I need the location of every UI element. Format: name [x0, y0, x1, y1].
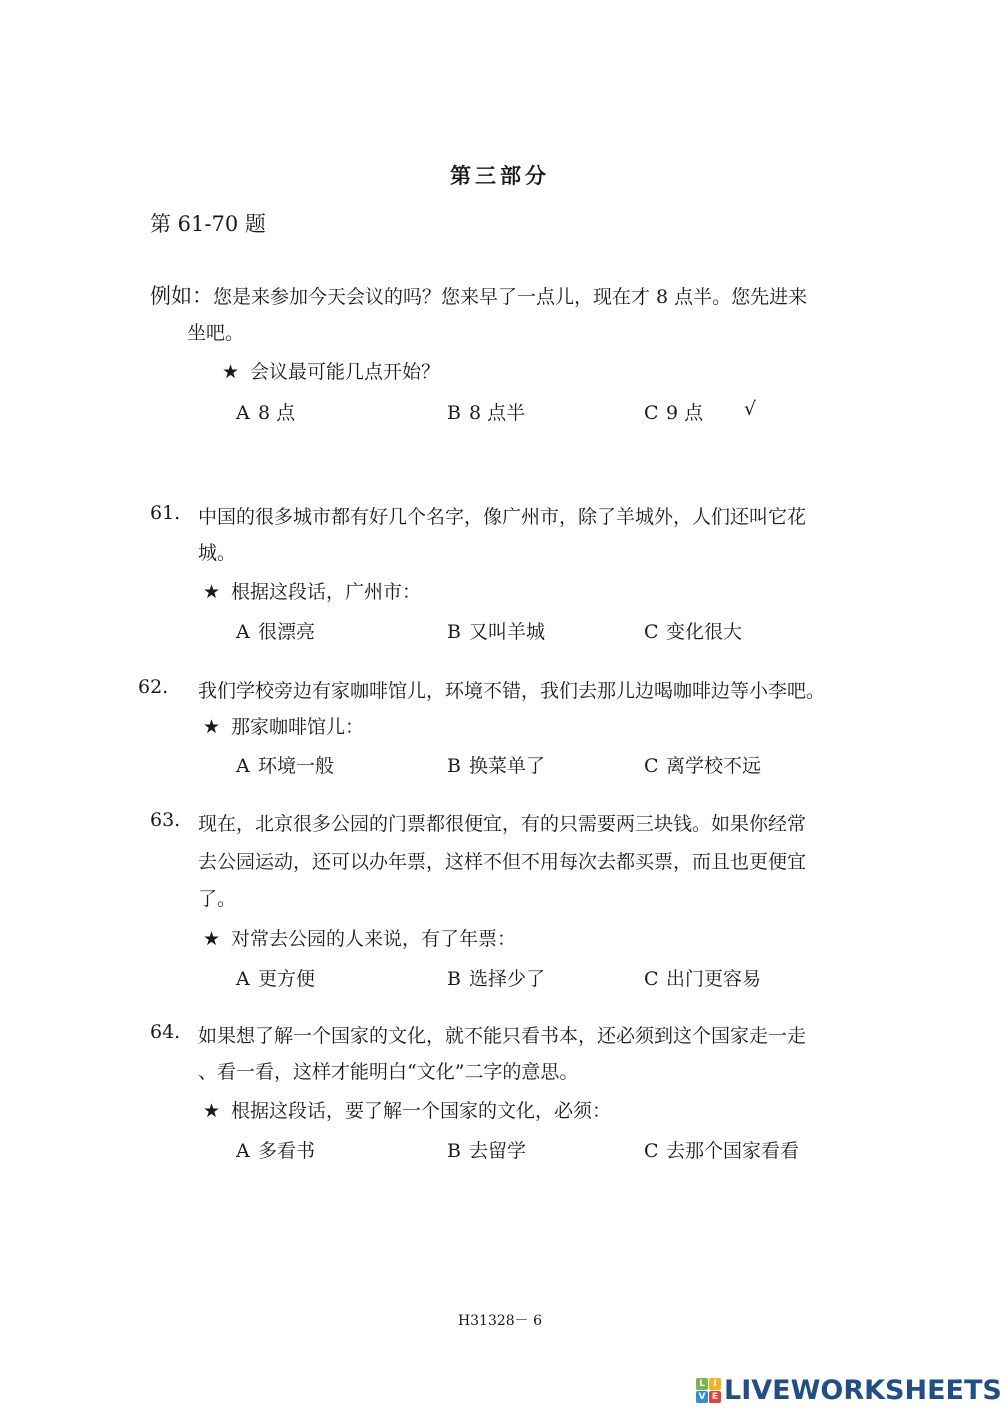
question-number: 61. [150, 502, 180, 524]
question-text-line: 了。 [198, 884, 236, 911]
option-b[interactable]: B选择少了 [447, 964, 545, 991]
option-b[interactable]: B去留学 [447, 1136, 526, 1163]
question-range: 第 61-70 题 [150, 208, 266, 238]
option-a[interactable]: A更方便 [236, 964, 315, 991]
live-grid-icon: L I V E [696, 1378, 721, 1403]
example-option-c[interactable]: C9 点 [644, 398, 703, 425]
section-title: 第三部分 [0, 160, 1000, 190]
star-icon: ★ [203, 716, 231, 738]
star-icon: ★ [222, 361, 250, 383]
logo-text: LIVEWORKSHEETS [724, 1375, 1000, 1406]
example-option-a[interactable]: A8 点 [236, 398, 295, 425]
question-text-line: 中国的很多城市都有好几个名字，像广州市，除了羊城外，人们还叫它花 [198, 502, 806, 529]
question-prompt: ★根据这段话，广州市： [203, 577, 421, 604]
example-line-2: 坐吧。 [187, 318, 244, 345]
question-number: 62. [138, 676, 168, 698]
question-prompt: ★根据这段话，要了解一个国家的文化，必须： [203, 1096, 611, 1123]
star-icon: ★ [203, 928, 231, 950]
question-number: 63. [150, 809, 180, 831]
example-label: 例如： [150, 284, 213, 308]
option-a[interactable]: A环境一般 [236, 751, 334, 778]
option-c[interactable]: C变化很大 [644, 617, 742, 644]
option-a[interactable]: A很漂亮 [236, 617, 315, 644]
question-text-line: 我们学校旁边有家咖啡馆儿，环境不错，我们去那儿边喝咖啡边等小李吧。 [198, 676, 825, 703]
option-b[interactable]: B又叫羊城 [447, 617, 545, 644]
option-c[interactable]: C去那个国家看看 [644, 1136, 799, 1163]
question-text-line: 、看一看，这样才能明白“文化”二字的意思。 [198, 1057, 578, 1084]
star-icon: ★ [203, 1100, 231, 1122]
example-question: ★会议最可能几点开始？ [222, 357, 440, 384]
page-code: H31328－ 6 [0, 1310, 1000, 1330]
question-text-line: 去公园运动，还可以办年票，这样不但不用每次去都买票，而且也更便宜 [198, 847, 806, 874]
question-text-line: 如果想了解一个国家的文化，就不能只看书本，还必须到这个国家走一走 [198, 1021, 806, 1048]
question-number: 64. [150, 1021, 180, 1043]
example-line-1: 例如：您是来参加今天会议的吗？您来早了一点儿，现在才 8 点半。您先进来 [150, 280, 807, 310]
option-c[interactable]: C离学校不远 [644, 751, 761, 778]
question-prompt: ★那家咖啡馆儿： [203, 712, 364, 739]
question-prompt: ★对常去公园的人来说，有了年票： [203, 924, 516, 951]
option-a[interactable]: A多看书 [236, 1136, 315, 1163]
example-option-b[interactable]: B8 点半 [447, 398, 525, 425]
checkmark-icon: √ [744, 398, 756, 420]
option-c[interactable]: C出门更容易 [644, 964, 761, 991]
option-b[interactable]: B换菜单了 [447, 751, 545, 778]
question-text-line: 城。 [198, 538, 236, 565]
star-icon: ★ [203, 581, 231, 603]
liveworksheets-logo: L I V E LIVEWORKSHEETS [696, 1375, 1000, 1406]
question-text-line: 现在，北京很多公园的门票都很便宜，有的只需要两三块钱。如果你经常 [198, 809, 806, 836]
